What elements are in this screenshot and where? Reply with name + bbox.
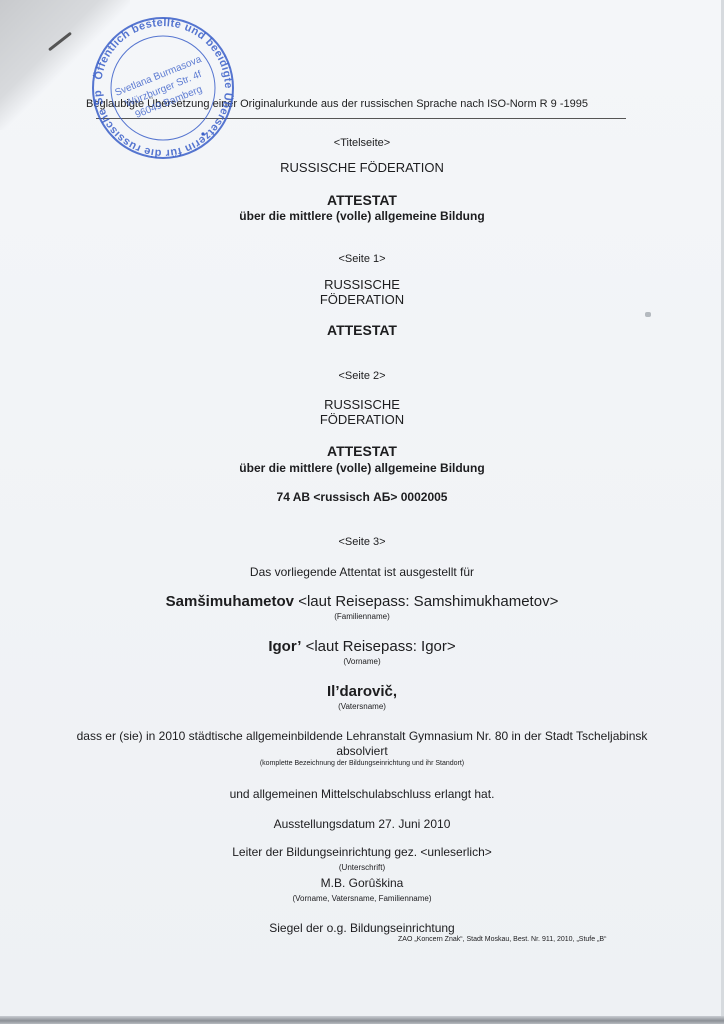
document-page: Beglaubigte Übersetzung einer Originalur… bbox=[0, 0, 724, 1018]
country-page2-line2: FÖDERATION bbox=[0, 412, 724, 427]
country-page1-line2: FÖDERATION bbox=[0, 292, 724, 307]
firstname-line: Igor’ <laut Reisepass: Igor> bbox=[0, 638, 724, 655]
marker-seite-2: <Seite 2> bbox=[0, 370, 724, 382]
issued-for-intro: Das vorliegende Attentat ist ausgestellt… bbox=[0, 565, 724, 579]
issue-date: Ausstellungsdatum 27. Juni 2010 bbox=[0, 817, 724, 831]
marker-seite-1: <Seite 1> bbox=[0, 253, 724, 265]
marker-titelseite: <Titelseite> bbox=[0, 137, 724, 149]
subtitle-title-page: über die mittlere (volle) allgemeine Bil… bbox=[0, 209, 724, 223]
head-name-label: (Vorname, Vatersname, Familienname) bbox=[0, 894, 724, 903]
title-attestat: ATTESTAT bbox=[0, 192, 724, 208]
country-title-page: RUSSISCHE FÖDERATION bbox=[0, 160, 724, 175]
surname: Samšimuhametov bbox=[166, 593, 294, 610]
patronymic-label: (Vatersname) bbox=[0, 702, 724, 711]
head-name: M.B. Gorûškina bbox=[0, 876, 724, 890]
subtitle-page2: über die mittlere (volle) allgemeine Bil… bbox=[0, 461, 724, 475]
school-line-1: dass er (sie) in 2010 städtische allgeme… bbox=[0, 729, 724, 743]
seal-line: Siegel der o.g. Bildungseinrichtung bbox=[0, 921, 724, 935]
scan-speck bbox=[645, 312, 651, 317]
signature-label: (Unterschrift) bbox=[0, 863, 724, 872]
title-attestat-page1: ATTESTAT bbox=[0, 322, 724, 338]
completion-statement: und allgemeinen Mittelschulabschluss erl… bbox=[0, 787, 724, 801]
title-attestat-page2: ATTESTAT bbox=[0, 443, 724, 459]
country-page1-line1: RUSSISCHE bbox=[0, 277, 724, 292]
firstname: Igor’ bbox=[268, 638, 301, 655]
school-label: (komplette Bezeichnung der Bildungseinri… bbox=[0, 760, 724, 767]
school-line-2: absolviert bbox=[0, 744, 724, 758]
surname-line: Samšimuhametov <laut Reisepass: Samshimu… bbox=[0, 593, 724, 610]
surname-label: (Familienname) bbox=[0, 612, 724, 621]
patronymic: Il’darovič, bbox=[0, 683, 724, 700]
certificate-number: 74 AB <russisch АБ> 0002005 bbox=[0, 490, 724, 504]
country-page2-line1: RUSSISCHE bbox=[0, 397, 724, 412]
page-edge-bottom bbox=[0, 1016, 724, 1024]
surname-passport-note: <laut Reisepass: Samshimukhametov> bbox=[298, 593, 558, 610]
printer-imprint: ZAO „Koncern Znak“, Stadt Moskau, Best. … bbox=[398, 936, 606, 943]
head-signature: Leiter der Bildungseinrichtung gez. <unl… bbox=[0, 845, 724, 859]
firstname-passport-note: <laut Reisepass: Igor> bbox=[306, 638, 456, 655]
firstname-label: (Vorname) bbox=[0, 657, 724, 666]
marker-seite-3: <Seite 3> bbox=[0, 536, 724, 548]
